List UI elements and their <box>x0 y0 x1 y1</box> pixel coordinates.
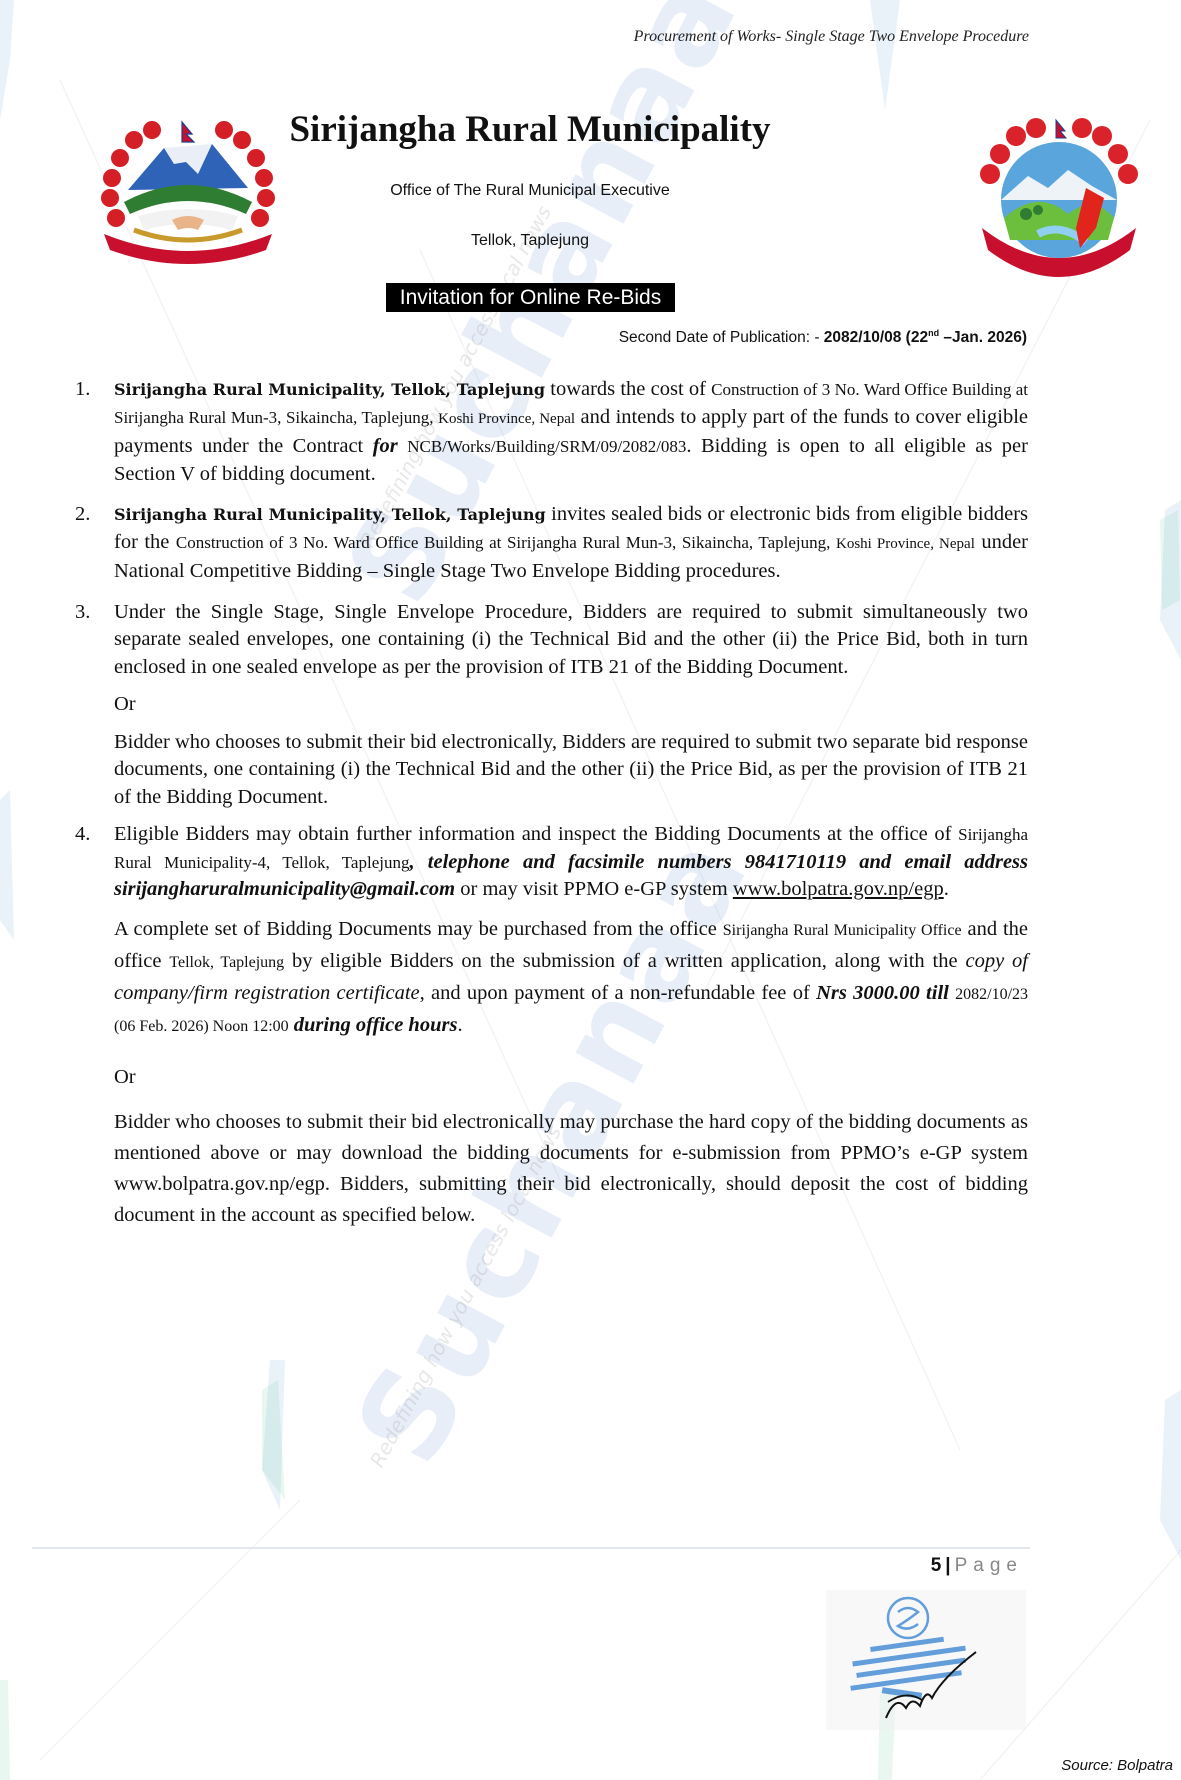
spacer-text <box>398 435 407 457</box>
egp-link[interactable]: www.bolpatra.gov.np/egp <box>733 878 944 900</box>
office-name-inline: Sirijangha Rural Municipality Office <box>723 922 962 939</box>
contract-number: NCB/Works/Building/SRM/09/2082/083 <box>407 437 686 456</box>
page-separator: | <box>941 1555 954 1576</box>
org-name: Sirijangha Rural Municipality, Tellok, T… <box>114 380 545 399</box>
item-text: , and upon payment of a non-refundable f… <box>420 982 816 1004</box>
notice-item-1: 1. Sirijangha Rural Municipality, Tellok… <box>75 376 1028 488</box>
province-name: Koshi Province, Nepal <box>836 536 975 552</box>
item-text: Under the Single Stage, Single Envelope … <box>114 601 1028 678</box>
project-name: Construction of 3 No. Ward Office Buildi… <box>176 533 836 552</box>
publication-date: Second Date of Publication: - 2082/10/08… <box>619 328 1027 347</box>
item-text: or may visit PPMO e-GP system <box>455 878 733 900</box>
office-location: Tellok, Taplejung <box>0 232 1060 250</box>
page-number: 5|Page <box>931 1555 1023 1577</box>
item-text: for <box>373 435 398 457</box>
office-name: Office of The Rural Municipal Executive <box>0 182 1060 200</box>
notice-body: 1. Sirijangha Rural Municipality, Tellok… <box>75 376 1028 1231</box>
or-separator: Or <box>75 691 1028 719</box>
page-label: Page <box>955 1555 1023 1576</box>
page-title: Sirijangha Rural Municipality <box>0 108 1060 151</box>
source-credit: Source: Bolpatra <box>1061 1757 1173 1774</box>
invitation-banner: Invitation for Online Re-Bids <box>386 283 675 312</box>
item-number: 3. <box>75 599 90 627</box>
item-text: A complete set of Bidding Documents may … <box>114 918 723 940</box>
item-text: towards the cost of <box>545 378 711 400</box>
purchase-paragraph: A complete set of Bidding Documents may … <box>75 914 1028 1042</box>
office-location-inline: Tellok, Taplejung <box>169 954 284 971</box>
item-number: 1. <box>75 376 90 404</box>
office-hours: during office hours <box>294 1014 458 1036</box>
notice-item-3: 3. Under the Single Stage, Single Envelo… <box>75 599 1028 682</box>
publication-date-sup: nd <box>928 328 939 338</box>
item-text: . <box>457 1014 462 1036</box>
item-text: . <box>944 878 949 900</box>
item-text: by eligible Bidders on the submission of… <box>284 950 965 972</box>
document-page: Procurement of Works- Single Stage Two E… <box>0 0 1181 1780</box>
electronic-purchase-paragraph: Bidder who chooses to submit their bid e… <box>75 1107 1028 1231</box>
notice-item-4: 4. Eligible Bidders may obtain further i… <box>75 821 1028 904</box>
fee-amount: Nrs 3000.00 till <box>816 982 949 1004</box>
footer-divider <box>32 1547 1030 1549</box>
org-name: Sirijangha Rural Municipality, Tellok, T… <box>114 505 546 524</box>
publication-label: Second Date of Publication: - <box>619 329 824 346</box>
item-number: 4. <box>75 821 90 849</box>
item-number: 2. <box>75 501 90 529</box>
notice-item-2: 2. Sirijangha Rural Municipality, Tellok… <box>75 501 1028 586</box>
running-head: Procurement of Works- Single Stage Two E… <box>634 28 1029 46</box>
province-name: Koshi Province, Nepal <box>438 411 575 427</box>
office-stamp-icon <box>826 1590 1026 1730</box>
municipality-logo-icon <box>968 118 1150 286</box>
item-text: Eligible Bidders may obtain further info… <box>114 823 958 845</box>
publication-date-value: 2082/10/08 (22nd –Jan. 2026) <box>824 329 1027 346</box>
or-separator: Or <box>75 1064 1028 1092</box>
page-number-value: 5 <box>931 1555 942 1576</box>
publication-date-tail: –Jan. 2026) <box>939 329 1027 346</box>
electronic-bid-paragraph: Bidder who chooses to submit their bid e… <box>75 729 1028 812</box>
publication-date-main: 2082/10/08 (22 <box>824 329 928 346</box>
